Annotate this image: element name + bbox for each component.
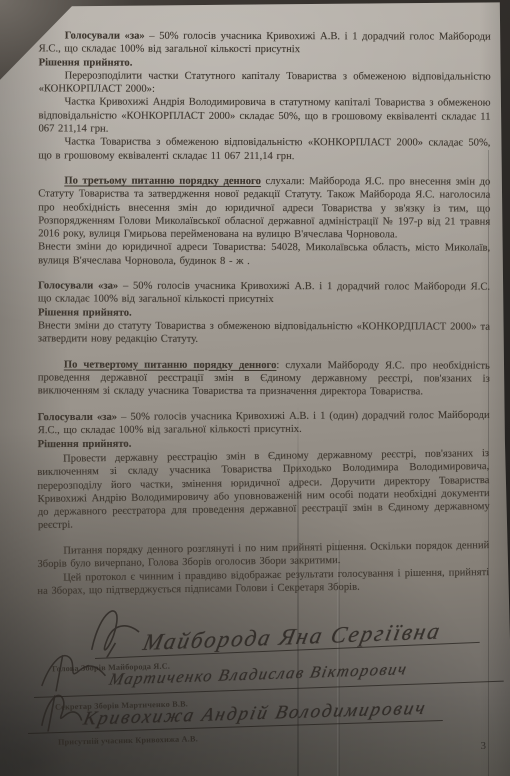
paragraph: Перерозподілити частки Статутного капіта…: [39, 69, 491, 97]
page-number: 3: [481, 740, 487, 752]
signature-label: Присутній учасник Кривохижа А.В.: [58, 734, 198, 746]
paragraph: Голосували «за» – 50% голосів учасника К…: [39, 29, 491, 57]
paragraph: Рішення прийнято.: [39, 56, 491, 70]
paragraph: Голосували «за» – 50% голосів учасника К…: [38, 279, 490, 307]
paragraph: Рішення прийнято.: [38, 306, 490, 320]
signature-flourish: [35, 685, 84, 732]
paragraph: Частка Кривохижі Андрія Володимировича в…: [38, 96, 490, 137]
document-body: Голосували «за» – 50% голосів учасника К…: [37, 29, 490, 595]
paragraph: По третьому питанню порядку денного слух…: [38, 174, 490, 242]
paragraph: Частка Товариства з обмеженою відповідал…: [38, 136, 490, 164]
document-page: Голосували «за» – 50% голосів учасника К…: [0, 0, 510, 776]
paragraph: Внести зміни до статуту Товариства з обм…: [38, 319, 490, 347]
paragraph: По четвертому питанню порядку денного: с…: [38, 358, 490, 399]
photo-background: Голосували «за» – 50% голосів учасника К…: [0, 0, 510, 776]
paragraph: Провести державну реєстрацію змін в Єдин…: [37, 447, 490, 533]
paragraph: Голосували «за» – 50% голосів учасника К…: [38, 409, 490, 438]
paragraph: Внести зміни до юридичної адреси Товарис…: [38, 241, 490, 269]
signature-block: Майборода Яна Сергіївна Голова Зборів Ма…: [0, 596, 510, 756]
